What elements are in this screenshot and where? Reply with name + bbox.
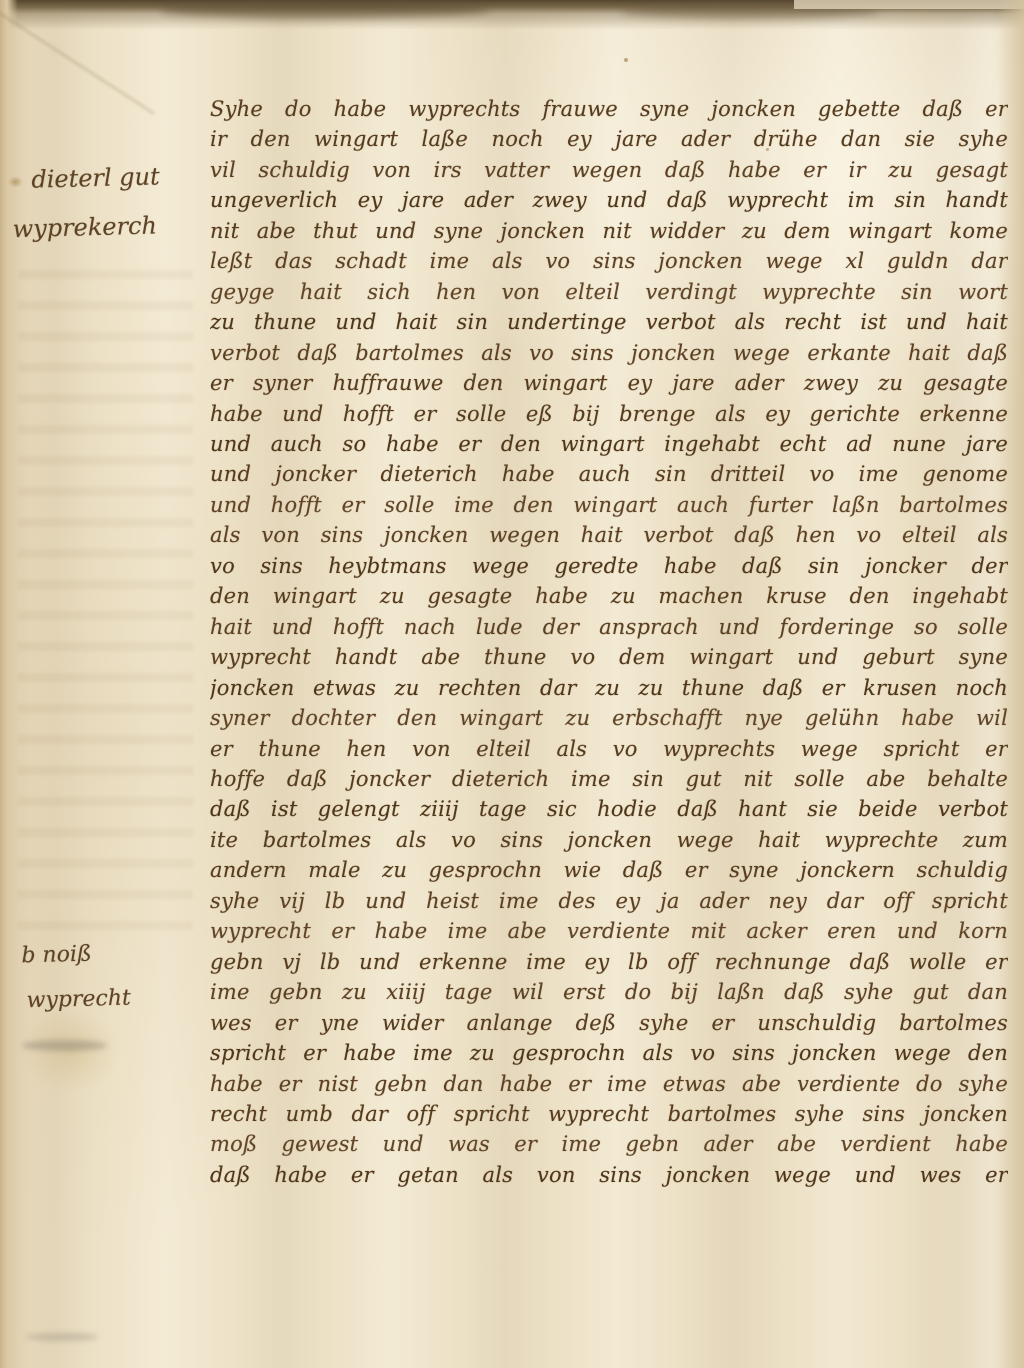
- manuscript-line: recht umb dar off spricht wyprecht barto…: [210, 1099, 1008, 1129]
- manuscript-line: er thune hen von elteil als vo wyprechts…: [210, 734, 1008, 764]
- margin-note-secondary: b noiß wyprecht: [21, 941, 131, 1014]
- manuscript-line: den wingart zu gesagte habe zu machen kr…: [210, 581, 1008, 611]
- manuscript-line: wyprecht handt abe thune vo dem wingart …: [210, 642, 1008, 672]
- margin-note-line: b noiß: [21, 941, 130, 969]
- manuscript-line: vo sins heybtmans wege geredte habe daß …: [210, 551, 1008, 581]
- margin-note-header: dieterl gut wyprekerch: [31, 162, 161, 242]
- pencil-smudge: [26, 1333, 98, 1341]
- page-left-edge: [0, 0, 18, 1368]
- manuscript-line: und auch so habe er den wingart ingehabt…: [210, 429, 1008, 459]
- manuscript-line: habe und hofft er solle eß bij brenge al…: [210, 399, 1008, 429]
- manuscript-line: wyprecht er habe ime abe verdiente mit a…: [210, 916, 1008, 946]
- manuscript-line: daß ist gelengt ziiij tage sic hodie daß…: [210, 794, 1008, 824]
- manuscript-line: syhe vij lb und heist ime des ey ja ader…: [210, 886, 1008, 916]
- ink-stain: [8, 176, 23, 188]
- manuscript-line: hait und hofft nach lude der ansprach un…: [210, 612, 1008, 642]
- page-top-edge-highlight: [794, 0, 1024, 9]
- manuscript-line: und joncker dieterich habe auch sin drit…: [210, 459, 1008, 489]
- manuscript-line: syner dochter den wingart zu erbschafft …: [210, 703, 1008, 733]
- manuscript-line: er syner huffrauwe den wingart ey jare a…: [210, 368, 1008, 398]
- manuscript-line: vil schuldig von irs vatter wegen daß ha…: [210, 155, 1008, 185]
- manuscript-line: ungeverlich ey jare ader zwey und daß wy…: [210, 185, 1008, 215]
- manuscript-line: ir den wingart laße noch ey jare ader dr…: [210, 124, 1008, 154]
- manuscript-line: und hofft er solle ime den wingart auch …: [210, 490, 1008, 520]
- margin-note-line: wyprecht: [26, 986, 131, 1014]
- manuscript-line: joncken etwas zu rechten dar zu zu thune…: [210, 673, 1008, 703]
- manuscript-line: hoffe daß joncker dieterich ime sin gut …: [210, 764, 1008, 794]
- manuscript-line: moß gewest und was er ime gebn ader abe …: [210, 1129, 1008, 1159]
- manuscript-line: verbot daß bartolmes als vo sins joncken…: [210, 338, 1008, 368]
- manuscript-line: gebn vj lb und erkenne ime ey lb off rec…: [210, 947, 1008, 977]
- page-top-edge-wear: [160, 2, 490, 18]
- fox-speck: [624, 58, 628, 62]
- manuscript-page: dieterl gut wyprekerch b noiß wyprecht S…: [0, 0, 1024, 1368]
- manuscript-line: Syhe do habe wyprechts frauwe syne jonck…: [210, 94, 1008, 124]
- manuscript-line: nit abe thut und syne joncken nit widder…: [210, 216, 1008, 246]
- pencil-smudge: [22, 1040, 107, 1051]
- manuscript-line: zu thune und hait sin undertinge verbot …: [210, 307, 1008, 337]
- manuscript-line: ime gebn zu xiiij tage wil erst do bij l…: [210, 977, 1008, 1007]
- manuscript-line: leßt das schadt ime als vo sins joncken …: [210, 246, 1008, 276]
- manuscript-line: als von sins joncken wegen hait verbot d…: [210, 520, 1008, 550]
- manuscript-line: daß habe er getan als von sins joncken w…: [210, 1160, 1008, 1190]
- manuscript-line: ite bartolmes als vo sins joncken wege h…: [210, 825, 1008, 855]
- manuscript-line: andern male zu gesprochn wie daß er syne…: [210, 855, 1008, 885]
- ink-showthrough: [18, 270, 193, 930]
- manuscript-line: wes er yne wider anlange deß syhe er uns…: [210, 1008, 1008, 1038]
- manuscript-text-block: Syhe do habe wyprechts frauwe syne jonck…: [210, 94, 1008, 1190]
- manuscript-line: habe er nist gebn dan habe er ime etwas …: [210, 1069, 1008, 1099]
- margin-note-line: dieterl gut: [31, 162, 160, 193]
- manuscript-line: geyge hait sich hen von elteil verdingt …: [210, 277, 1008, 307]
- manuscript-line: spricht er habe ime zu gesprochn als vo …: [210, 1038, 1008, 1068]
- margin-note-line: wyprekerch: [12, 211, 161, 243]
